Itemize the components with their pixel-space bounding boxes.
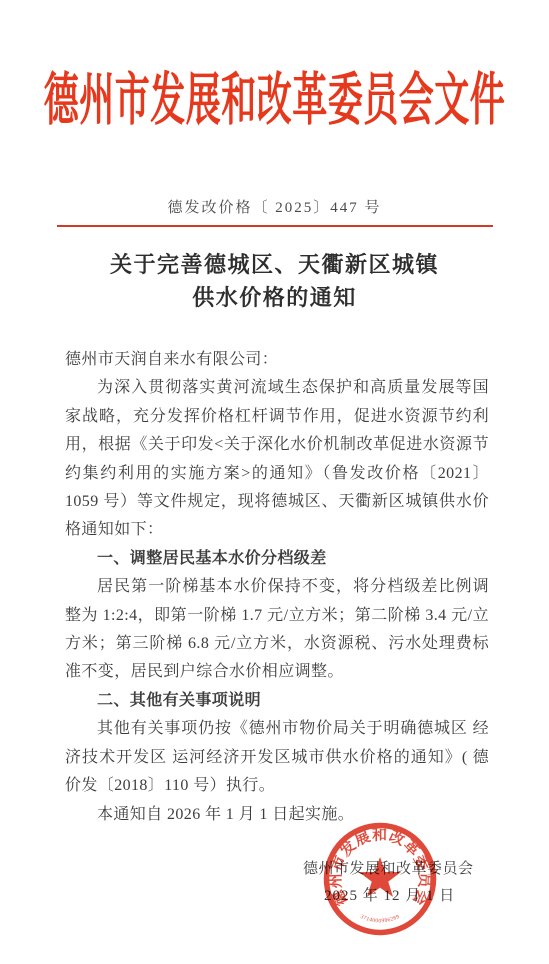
signature-organization: 德州市发展和改革委员会 bbox=[303, 857, 474, 878]
notice-title: 关于完善德城区、天衢新区城镇 供水价格的通知 bbox=[0, 248, 549, 314]
notice-title-line2: 供水价格的通知 bbox=[0, 281, 549, 314]
official-seal: 德州市发展和改革委员会 3714000986289 bbox=[321, 820, 439, 938]
seal-ring bbox=[327, 826, 434, 933]
section2-heading: 二、其他有关事项说明 bbox=[65, 687, 489, 715]
letterhead-title: 德州市发展和改革委员会文件 bbox=[44, 56, 506, 137]
seal-code-text: 3714000986289 bbox=[359, 914, 400, 924]
signature-date: 2025 年 12 月 1 日 bbox=[324, 884, 455, 905]
notice-title-line1: 关于完善德城区、天衢新区城镇 bbox=[0, 248, 549, 281]
section1-heading: 一、调整居民基本水价分档级差 bbox=[65, 545, 489, 573]
red-divider-rule bbox=[57, 225, 493, 227]
effective-date-line: 本通知自 2026 年 1 月 1 日起实施。 bbox=[65, 801, 489, 829]
letterhead: 德州市发展和改革委员会文件 bbox=[0, 56, 549, 138]
section1-paragraph: 居民第一阶梯基本水价保持不变，将分档级差比例调整为 1:2:4，即第一阶梯 1.… bbox=[65, 573, 489, 687]
section2-paragraph: 其他有关事项仍按《德州市物价局关于明确德城区 经济技术开发区 运河经济开发区城市… bbox=[65, 715, 489, 800]
notice-body: 德州市天润自来水有限公司： 为深入贯彻落实黄河流域生态保护和高质量发展等国家战略… bbox=[65, 346, 489, 829]
salutation-line: 德州市天润自来水有限公司： bbox=[65, 346, 489, 374]
intro-paragraph: 为深入贯彻落实黄河流域生态保护和高质量发展等国家战略，充分发挥价格杠杆调节作用，… bbox=[65, 374, 489, 544]
document-number: 德发改价格〔 2025〕447 号 bbox=[0, 196, 549, 217]
